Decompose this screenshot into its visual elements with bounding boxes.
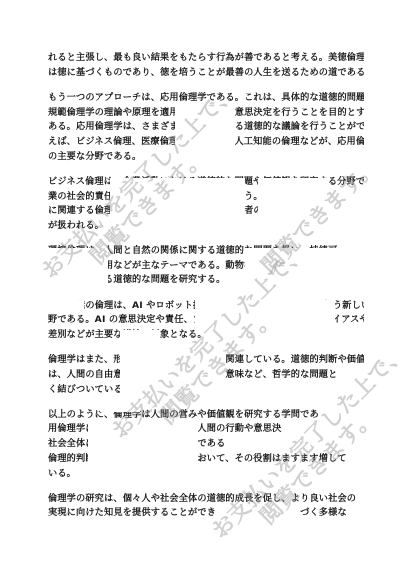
paragraph-1: れると主張し、最も良い結果をもたらす行為が善であると考える。美徳倫理は、人間の善… (48, 51, 364, 80)
redaction-mask (290, 435, 360, 449)
redaction-mask (195, 300, 335, 330)
redaction-mask (215, 503, 300, 535)
redaction-mask (120, 350, 225, 398)
redaction-mask (280, 464, 352, 478)
text-line: れると主張し、最も良い結果をもたらす行為が善であると考える。美徳倫理は、人間の善… (48, 51, 364, 66)
redaction-mask (88, 420, 198, 480)
document-page: れると主張し、最も良い結果をもたらす行為が善であると考える。美徳倫理は、人間の善… (0, 0, 410, 580)
redaction-mask (58, 478, 118, 492)
text-line: は徳に基づくものであり、徳を培うことが最善の人生を送るための道であるとする。 (48, 66, 364, 81)
redaction-mask (120, 330, 160, 344)
text-line: 倫理学の研究は、個々人や社会全体の道徳的成長を促し、より良い社会の (48, 492, 364, 507)
redaction-mask (245, 248, 355, 278)
text-line: 実現に向けた知見を提供することができる。文化や伝統に基づく多様な (48, 506, 364, 521)
redaction-mask (258, 178, 328, 214)
redaction-mask (110, 178, 245, 236)
redaction-mask (48, 248, 108, 290)
text-line: 差別などが主要な議論の対象となる。 (48, 328, 364, 343)
redaction-mask (300, 420, 360, 434)
paragraph-8: 倫理学の研究は、個々人や社会全体の道徳的成長を促し、より良い社会の 実現に向けた… (48, 492, 364, 521)
redaction-mask (48, 300, 84, 314)
redaction-mask (100, 398, 140, 412)
redaction-mask (175, 104, 235, 166)
